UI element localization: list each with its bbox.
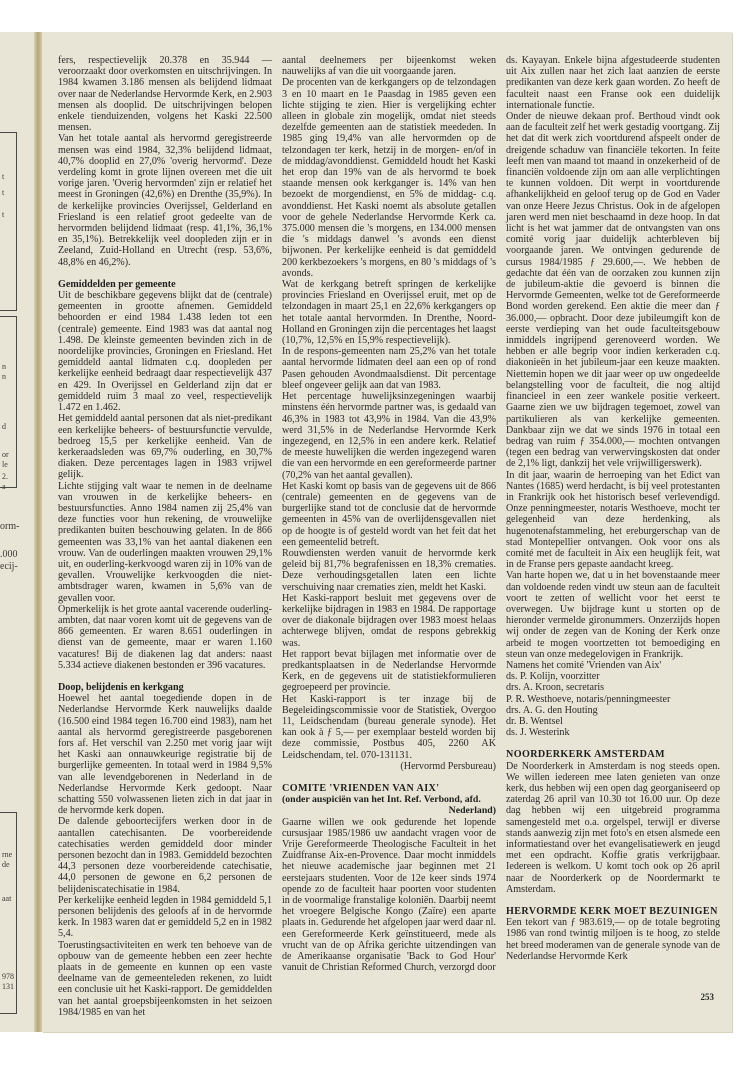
paragraph: Het percentage huwelijksinzegeningen waa…	[282, 391, 496, 481]
previous-page-fragment: d	[2, 422, 6, 431]
paragraph: Het gemiddeld aantal personen dat als ni…	[58, 413, 272, 480]
paragraph: Het rapport bevat bijlagen met informati…	[282, 649, 496, 694]
paragraph: De procenten van de kerkgangers op de te…	[282, 77, 496, 279]
column-1: fers, respectievelijk 20.378 en 35.944 —…	[58, 55, 272, 1018]
previous-page-fragment: rne	[2, 850, 12, 859]
previous-page-fragment: 131	[2, 982, 14, 991]
paragraph: Het Kaski-rapport is ter inzage bij de B…	[282, 694, 496, 761]
previous-page-fragment: orm-	[0, 522, 19, 531]
previous-page-fragment: t	[2, 210, 4, 219]
paragraph: Van het totale aantal als hervormd gereg…	[58, 133, 272, 267]
previous-page-box	[0, 132, 17, 311]
previous-page-fragment: t	[2, 188, 4, 197]
column-2: aantal deelnemers per bijeenkomst weken …	[282, 55, 496, 973]
previous-page-fragment: ecij-	[0, 562, 18, 571]
press-credit: (Hervormd Persbureau)	[282, 761, 496, 772]
paragraph: Het Kaski-rapport besluit met gegevens o…	[282, 593, 496, 649]
previous-page-fragment: le	[2, 460, 8, 469]
paragraph: Van harte hopen we, dat u in het bovenst…	[506, 570, 720, 660]
paragraph: Uit de beschikbare gegevens blijkt dat d…	[58, 290, 272, 413]
section-heading: Gemiddelden per gemeente	[58, 279, 272, 290]
previous-page-fragment: n	[2, 372, 6, 381]
paragraph: Onder de nieuwe dekaan prof. Berthoud vi…	[506, 111, 720, 470]
signatory: Namens het comité 'Vrienden van Aix'	[506, 660, 720, 671]
section-heading: HERVORMDE KERK MOET BEZUINIGEN	[506, 906, 720, 917]
signatory: P. R. Westhoeve, notaris/penningmeester	[506, 694, 720, 705]
page-number: 253	[701, 992, 715, 1002]
paragraph: Wat de kerkgang betreft springen de kerk…	[282, 279, 496, 346]
section-heading: Doop, belijdenis en kerkgang	[58, 682, 272, 693]
section-heading: COMITE 'VRIENDEN VAN AIX'	[282, 783, 496, 794]
section-heading: NOORDERKERK AMSTERDAM	[506, 749, 720, 760]
signatory: drs. A. Kroon, secretaris	[506, 682, 720, 693]
paragraph: In de respons-gemeenten nam 25,2% van he…	[282, 346, 496, 391]
paragraph: Lichte stijging valt waar te nemen in de…	[58, 481, 272, 604]
paragraph: aantal deelnemers per bijeenkomst weken …	[282, 55, 496, 77]
paragraph: In dit jaar, waarin de herroeping van he…	[506, 470, 720, 571]
paragraph: Het Kaski komt op basis van de gegevens …	[282, 481, 496, 548]
previous-page-fragment: 2.	[2, 472, 8, 481]
paragraph: ds. Kayayan. Enkele bijna afgestudeerde …	[506, 55, 720, 111]
previous-page-fragment: a	[2, 482, 6, 491]
paragraph: Opmerkelijk is het grote aantal vacerend…	[58, 604, 272, 671]
column-3: ds. Kayayan. Enkele bijna afgestudeerde …	[506, 55, 720, 962]
magazine-page: fers, respectievelijk 20.378 en 35.944 —…	[42, 32, 732, 1032]
paragraph: Rouwdiensten werden vanuit de hervormde …	[282, 548, 496, 593]
book-binding	[34, 32, 42, 1032]
paragraph: Hoewel het aantal toegediende dopen in d…	[58, 693, 272, 816]
paragraph: De dalende geboortecijfers werken door i…	[58, 816, 272, 894]
section-subheading: (onder auspiciën van het Int. Ref. Verbo…	[282, 794, 496, 805]
previous-page-fragment: aat	[2, 894, 11, 903]
paragraph: Gaarne willen we ook gedurende het lopen…	[282, 817, 496, 974]
previous-page-fragment: 978	[2, 972, 14, 981]
paragraph: De Noorderkerk in Amsterdam is nog steed…	[506, 761, 720, 895]
signatory: ds. P. Kolijn, voorzitter	[506, 671, 720, 682]
previous-page-fragment: .000	[0, 550, 18, 559]
previous-page-fragment: or	[2, 450, 9, 459]
previous-page-fragment: n	[2, 362, 6, 371]
paragraph: Toerustingsactiviteiten en werk ten beho…	[58, 940, 272, 1018]
previous-page-fragment: t	[2, 172, 4, 181]
paragraph: fers, respectievelijk 20.378 en 35.944 —…	[58, 55, 272, 133]
section-subheading: Nederland)	[282, 805, 496, 816]
signatory: dr. B. Wentsel	[506, 716, 720, 727]
previous-page-fragment: de	[2, 860, 10, 869]
paragraph: Per kerkelijke eenheid legden in 1984 ge…	[58, 895, 272, 940]
signatory: drs. A. G. den Houting	[506, 705, 720, 716]
signatory: ds. J. Westerink	[506, 727, 720, 738]
paragraph: Een tekort van ƒ 983.619,— op de totale …	[506, 917, 720, 962]
